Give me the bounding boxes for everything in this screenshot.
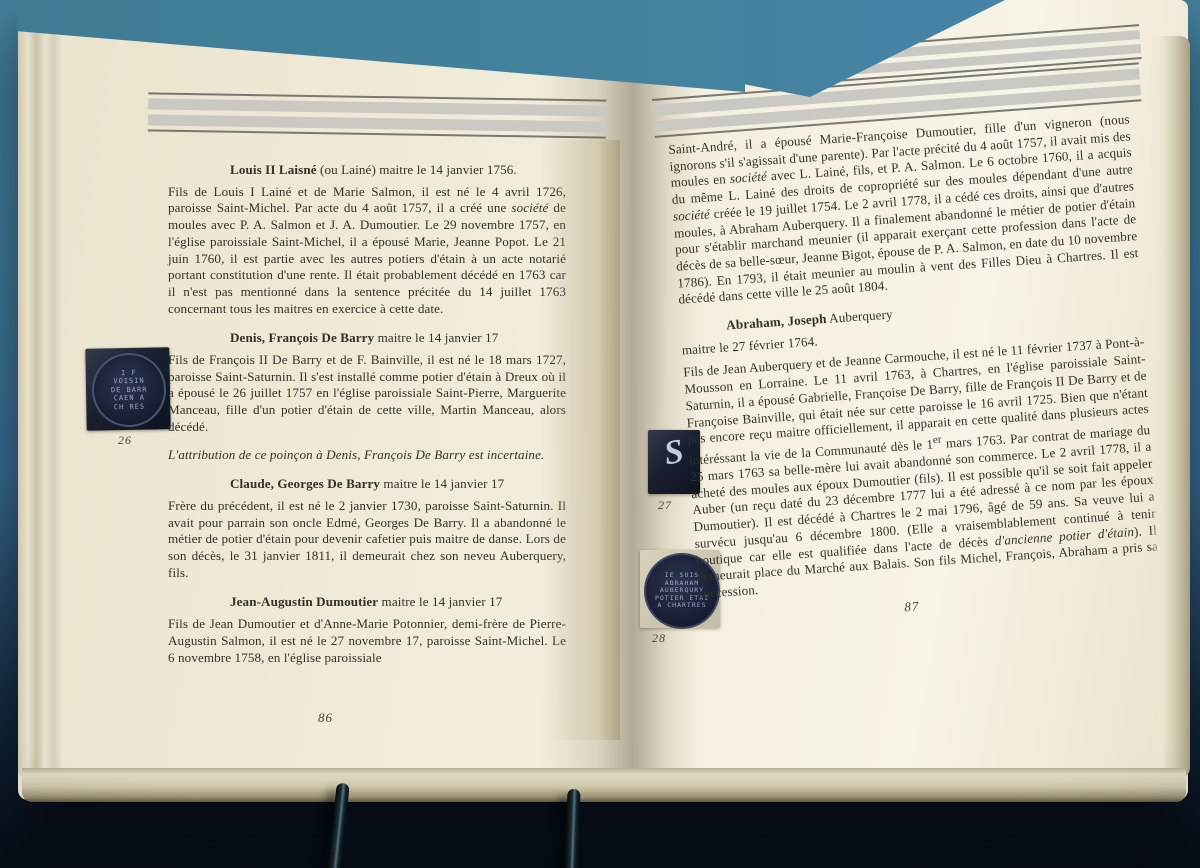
page-block-bottom-edge	[22, 768, 1186, 802]
entry-heading-denis-de-barry: Denis, François De Barry maitre le 14 ja…	[168, 330, 566, 347]
entry-paragraph: Frère du précédent, il est né le 2 janvi…	[168, 498, 566, 582]
left-page-header-stripes	[148, 92, 607, 138]
entry-heading-jean-augustin-dumoutier: Jean-Augustin Dumoutier maitre le 14 jan…	[168, 594, 566, 611]
stripe-band	[148, 98, 606, 116]
entry-paragraph: Fils de François II De Barry et de F. Ba…	[168, 352, 566, 436]
figure-number-26: 26	[118, 433, 132, 448]
book-photograph: Louis II Laisné (ou Lainé) maitre le 14 …	[0, 0, 1200, 868]
attribution-note: L'attribution de ce poinçon à Denis, Fra…	[168, 447, 566, 464]
figure-number-27: 27	[658, 498, 672, 513]
left-page-curl-shadow	[546, 140, 620, 740]
book-stand-prong-right	[565, 789, 581, 868]
stamp-legend-row: I F	[121, 369, 137, 378]
entry-heading-claude-de-barry: Claude, Georges De Barry maitre le 14 ja…	[168, 476, 566, 493]
entry-paragraph: Fils de Jean Auberquery et de Jeanne Car…	[683, 334, 1160, 602]
stamp-photo-background: I F VOISIN DE BARR CAEN A CH RES	[85, 347, 170, 430]
entry-paragraph: Fils de Jean Dumoutier et d'Anne-Marie P…	[168, 616, 566, 666]
stamp-oval-mark: I F VOISIN DE BARR CAEN A CH RES	[91, 352, 167, 428]
page-block-right-edge	[1150, 36, 1190, 778]
right-page-text-column: Saint-André, il a épousé Marie-Françoise…	[668, 111, 1161, 629]
entry-paragraph: Fils de Louis I Lainé et de Marie Salmon…	[168, 184, 566, 318]
stamp-legend-row: CH RES	[114, 403, 145, 412]
entry-paragraph-continuation: Saint-André, il a épousé Marie-Françoise…	[668, 111, 1140, 308]
left-page-number: 86	[318, 710, 333, 726]
hallmark-stamp-photo-26: I F VOISIN DE BARR CAEN A CH RES	[85, 347, 170, 430]
entry-heading-louis-laisne: Louis II Laisné (ou Lainé) maitre le 14 …	[168, 162, 566, 179]
book-cover-left-edge	[18, 22, 64, 778]
left-page-text-column: Louis II Laisné (ou Lainé) maitre le 14 …	[168, 149, 566, 666]
figure-number-28: 28	[652, 631, 666, 646]
